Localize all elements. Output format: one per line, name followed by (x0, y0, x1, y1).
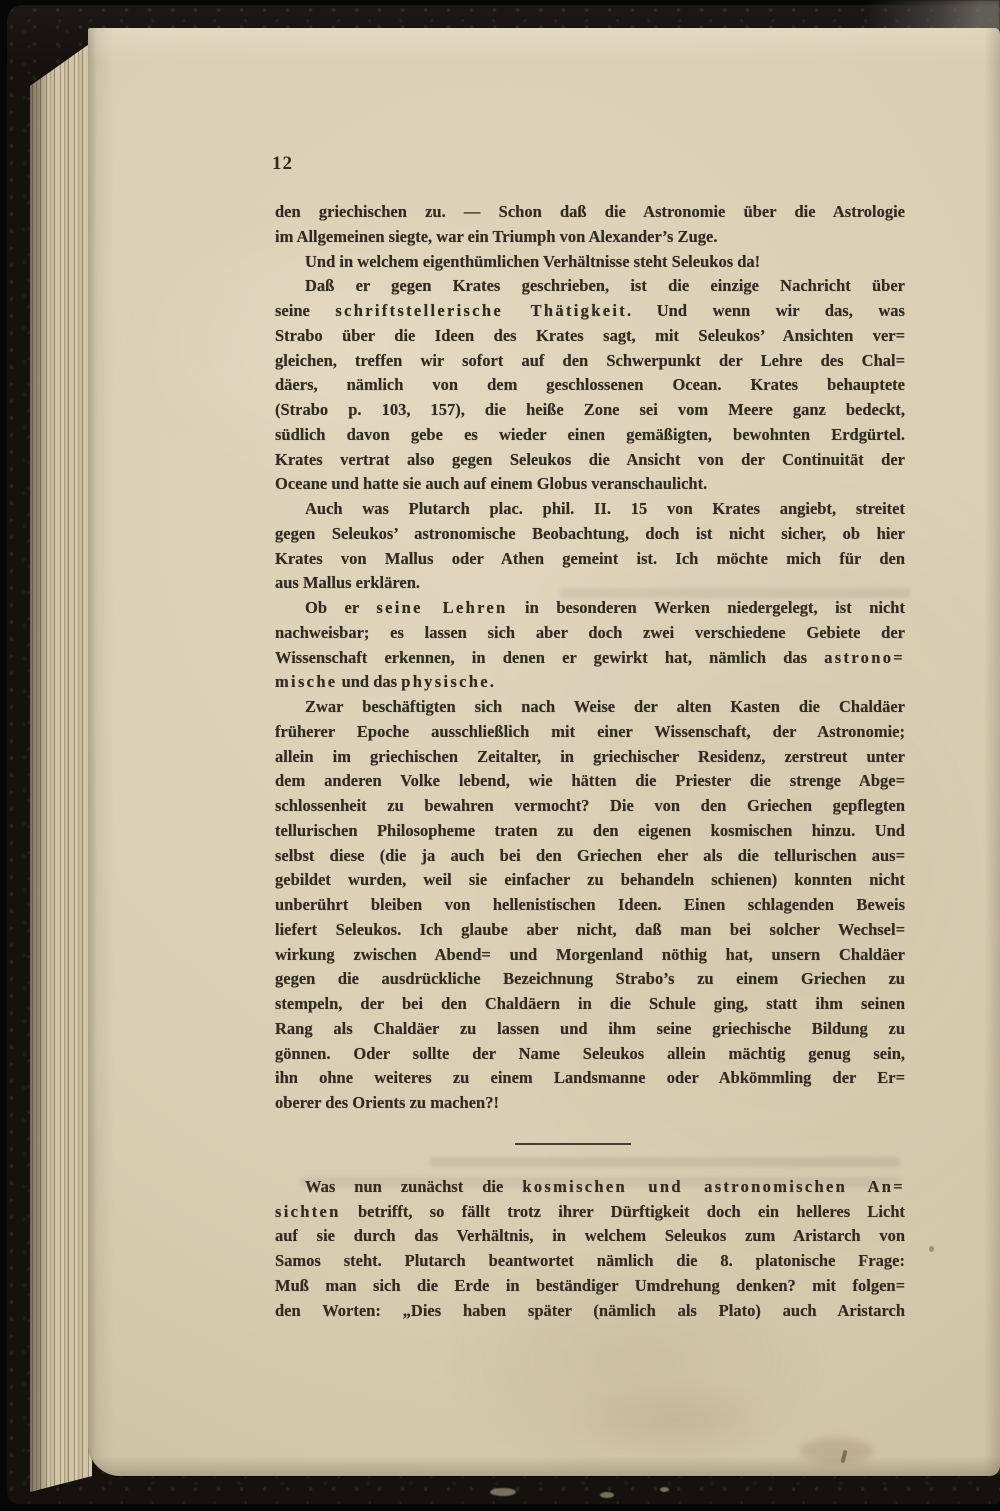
text-line: Rang als Chaldäer zu lassen und ihm sein… (275, 1017, 905, 1042)
page-number: 12 (272, 153, 293, 175)
cover-corner-highlight (850, 0, 1000, 30)
text-line: den griechischen zu. — Schon daß die Ast… (275, 200, 905, 225)
text-line: gegen Seleukos’ astronomische Beobachtun… (275, 522, 905, 547)
text-line: Was nun zunächst die kosmischen und astr… (275, 1175, 905, 1200)
text-line: däers, nämlich von dem geschlossenen Oce… (275, 373, 905, 398)
text-line: Daß er gegen Krates geschrieben, ist die… (275, 274, 905, 299)
text-line: schlossenheit zu bewahren vermocht? Die … (275, 794, 905, 819)
text-line: dem anderen Volke lebend, wie hätten die… (275, 769, 905, 794)
text-line: tellurischen Philosopheme traten zu den … (275, 819, 905, 844)
text-line: Zwar beschäftigten sich nach Weise der a… (275, 695, 905, 720)
text-line: aus Mallus erklären. (275, 571, 905, 596)
text-line: auf sie durch das Verhältnis, in welchem… (275, 1224, 905, 1249)
text-line: mische und das physische. (275, 670, 905, 695)
text-line: stempeln, der bei den Chaldäern in die S… (275, 992, 905, 1017)
text-line: südlich davon gebe es wieder einen gemäß… (275, 423, 905, 448)
text-line: gebildet wurden, weil sie einfacher zu b… (275, 868, 905, 893)
text-line: Krates vertrat also gegen Seleukos die A… (275, 448, 905, 473)
page-edges-stack (30, 42, 92, 1492)
text-line: Und in welchem eigenthümlichen Verhältni… (275, 250, 905, 275)
text-line: den Worten: „Dies haben später (nämlich … (275, 1299, 905, 1324)
page-text: den griechischen zu. — Schon daß die Ast… (275, 200, 905, 1323)
text-line: seine schriftstellerische Thätigkeit. Un… (275, 299, 905, 324)
text-line: gegen die ausdrückliche Bezeichnung Stra… (275, 967, 905, 992)
text-line: Strabo über die Ideen des Krates sagt, m… (275, 324, 905, 349)
text-line: Wissenschaft erkennen, in denen er gewir… (275, 646, 905, 671)
text-line: wirkung zwischen Abend= und Morgenland n… (275, 943, 905, 968)
text-line: Auch was Plutarch plac. phil. II. 15 von… (275, 497, 905, 522)
text-line: früherer Epoche ausschließlich mit einer… (275, 720, 905, 745)
book-scan: 12 den griechischen zu. — Schon daß die … (0, 0, 1000, 1511)
text-line: liefert Seleukos. Ich glaube aber nicht,… (275, 918, 905, 943)
text-line: sichten betrifft, so fällt trotz ihrer D… (275, 1200, 905, 1225)
text-line: gleichen, treffen wir sofort auf den Sch… (275, 349, 905, 374)
text-line: ihn ohne weiteres zu einem Landsmanne od… (275, 1066, 905, 1091)
text-line: oberer des Orients zu machen?! (275, 1091, 905, 1116)
cover-debris (490, 1488, 516, 1496)
text-line: selbst diese (die ja auch bei den Griech… (275, 844, 905, 869)
text-line: Ob er seine Lehren in besonderen Werken … (275, 596, 905, 621)
paragraph-block-2: Was nun zunächst die kosmischen und astr… (275, 1175, 905, 1324)
cover-debris (660, 1487, 669, 1492)
text-line: allein im griechischen Zeitalter, in gri… (275, 745, 905, 770)
text-line: Oceane und hatte sie auch auf einem Glob… (275, 472, 905, 497)
text-line: Samos steht. Plutarch beantwortet nämlic… (275, 1249, 905, 1274)
text-line: gönnen. Oder sollte der Name Seleukos al… (275, 1042, 905, 1067)
text-line: Krates von Mallus oder Athen gemeint ist… (275, 547, 905, 572)
text-line: Muß man sich die Erde in beständiger Umd… (275, 1274, 905, 1299)
text-line: (Strabo p. 103, 157), die heiße Zone sei… (275, 398, 905, 423)
text-line: nachweisbar; es lassen sich aber doch zw… (275, 621, 905, 646)
section-divider (515, 1143, 631, 1145)
paragraph-block-1: den griechischen zu. — Schon daß die Ast… (275, 200, 905, 1116)
text-line: unberührt bleiben von hellenistischen Id… (275, 893, 905, 918)
text-line: im Allgemeinen siegte, war ein Triumph v… (275, 225, 905, 250)
cover-debris (600, 1492, 614, 1498)
